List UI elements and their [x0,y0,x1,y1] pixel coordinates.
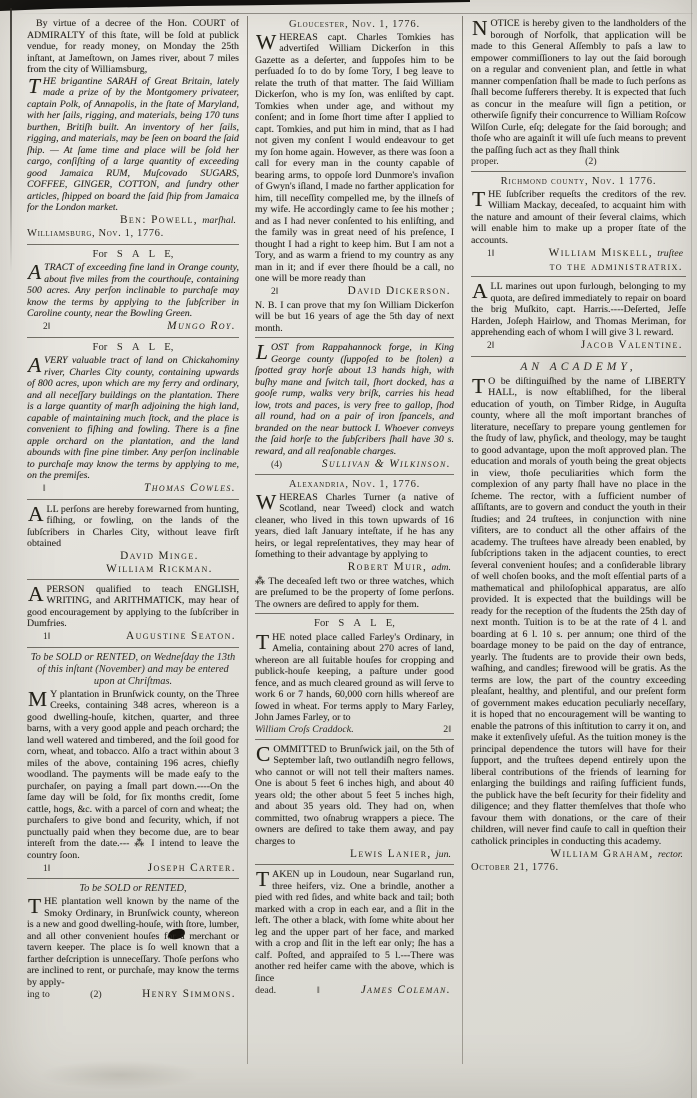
ad-body: THE plantation well known by the name of… [27,896,239,988]
ad-heading: To be SOLD or RENTED, on Wedneſday the 1… [27,652,239,688]
ad-body: WHEREAS Charles Turner (a native of Scot… [255,492,454,561]
article-divider [27,337,239,338]
ad-heading: For S A L E, [27,249,239,262]
drop-cap: A [27,584,47,604]
tally-marker: (2) [499,156,683,168]
ad-text: OST from Rappahannock forge, in King Geo… [255,342,454,457]
dateline: Richmond county, Nov. 1 1776. [471,176,686,189]
signature-name: William Graham, rector. [527,848,686,862]
signature-row: Lewis Lanier, jun. [255,848,454,862]
ad-brigantine-sarah-sale: By virtue of a decree of the Hon. COURT … [27,18,239,241]
signature-row: 2‖Jacob Valentine. [471,339,686,353]
ad-heading: For S A L E, [27,342,239,355]
article-divider [471,171,686,172]
ad-text: HE ſubſcriber requeſts the creditors of … [471,189,686,246]
signature-name: Augustine Seaton. [83,630,239,643]
signature-name: Ben: Powell, marſhal. [83,214,239,228]
signature-name: Jacob Valentine. [527,339,686,352]
drop-cap: A [27,262,44,282]
signature-name: Thomas Cowles. [83,482,239,495]
column-2: Gloucester, Nov. 1, 1776. WHEREAS capt. … [247,18,462,1084]
ad-chickahominy-tract: For S A L E, AVERY valuable tract of lan… [27,342,239,496]
ad-text: HE plantation well known by the name of … [27,896,239,988]
ad-body: ATRACT of exceeding fine land in Orange … [27,262,239,320]
tally-marker: 2‖ [27,321,83,334]
signature-name: David Minge. [83,550,239,563]
article-divider [27,579,239,580]
last-line-row: dead.‖James Coleman. [255,984,454,997]
torn-edge-decoration [0,0,470,11]
drop-cap: T [255,869,272,889]
drop-cap: C [255,744,273,764]
ad-body: LOST from Rappahannock forge, in King Ge… [255,342,454,457]
article-divider [27,499,239,500]
ad-body: TO be diſtinguiſhed by the name of LIBER… [471,376,686,848]
ad-text: HE noted place called Farley's Ordinary,… [255,632,454,724]
signature-text: Ben: Powell, [120,214,198,226]
signature-name: Mungo Roy. [83,320,239,333]
ad-text: LL perſons are hereby forewarned from hu… [27,504,239,550]
signature-name: James Coleman. [361,984,454,996]
ad-smoky-ordinary: To be SOLD or RENTED, THE plantation wel… [27,883,239,1001]
last-line-text: dead. [255,985,276,997]
drop-cap: T [471,189,488,209]
drop-cap: T [471,376,488,396]
ad-text: OTICE is hereby given to the landholders… [471,18,686,156]
ad-body: COMMITTED to Brunſwick jail, on the 5th … [255,744,454,848]
notice-liberty-hall-academy: AN ACADEMY, TO be diſtinguiſhed by the n… [471,361,686,875]
tally-marker: 2‖ [443,724,454,736]
notice-forewarned-hunting: ALL perſons are hereby forewarned from h… [27,504,239,576]
ad-heading: For S A L E, [255,618,454,631]
signature-name-line2: to the adminiſtratrix. [527,261,686,274]
ad-lead: By virtue of a decree of the Hon. COURT … [27,18,239,76]
article-divider [471,356,686,357]
ad-body: TAKEN up in Loudoun, near Sugarland run,… [255,869,454,984]
page-edge-line [691,0,692,1098]
signature-title: marſhal. [202,215,236,226]
tally-marker: (4) [255,459,311,472]
signature-row: (4)Sullivan & Wilkinson. [255,458,454,472]
ad-heading: To be SOLD or RENTED, [27,883,239,895]
ad-text: O be diſtinguiſhed by the name of LIBERT… [471,376,686,847]
signature-row: William Graham, rector. [471,848,686,862]
dateline: Gloucester, Nov. 1, 1776. [255,19,454,32]
letter-dickerson-gloucester: Gloucester, Nov. 1, 1776. WHEREAS capt. … [255,19,454,334]
signature-row: William Rickman. [27,563,239,576]
last-line-text: proper. [471,156,499,168]
signature-row: Robert Muir, adm. [255,561,454,575]
page-head-rule [14,13,693,14]
signature-title: adm. [432,562,451,573]
drop-cap: W [255,492,279,512]
ad-text: PERSON qualified to teach ENGLISH, WRITI… [27,584,239,630]
ad-body: ALL perſons are hereby forewarned from h… [27,504,239,550]
signature-row: 1‖William Miskell, truſtee [471,247,686,261]
article-divider [255,337,454,338]
drop-cap: A [471,281,491,301]
letter-text: HEREAS capt. Charles Tomkies has adverti… [255,32,454,285]
column-1: By virtue of a decree of the Hon. COURT … [27,18,247,1084]
drop-cap: M [27,689,50,709]
notice-norfolk-borough: NOTICE is hereby given to the landholder… [471,18,686,168]
article-divider [255,613,454,614]
article-divider [255,739,454,740]
ad-body: THE noted place called Farley's Ordinary… [255,632,454,724]
last-line-text: William Croſs Craddock. [255,724,354,736]
signature-title: rector. [658,849,683,860]
letter-body: WHEREAS capt. Charles Tomkies has advert… [255,32,454,285]
tally-marker: 1‖ [27,631,83,644]
ad-farleys-ordinary: For S A L E, THE noted place called Farl… [255,618,454,736]
tally-marker: (2) [50,989,142,1001]
newspaper-page: By virtue of a decree of the Hon. COURT … [0,0,697,1098]
ad-orange-county-land: For S A L E, ATRACT of exceeding fine la… [27,249,239,334]
signature-name: William Miskell, truſtee [527,247,686,261]
notice-committed-brunswick-jail: COMMITTED to Brunſwick jail, on the 5th … [255,744,454,862]
signature-name: Henry Simmons. [142,988,239,1000]
ad-body: THE ſubſcriber requeſts the creditors of… [471,189,686,247]
drop-cap: N [471,18,491,38]
drop-cap: T [27,76,43,96]
article-divider [27,647,239,648]
signature-name: William Rickman. [83,563,239,576]
dateline-bottom: October 21, 1776. [471,862,686,875]
notice-mackay-creditors: Richmond county, Nov. 1 1776. THE ſubſcr… [471,176,686,273]
signature-row: David Minge. [27,550,239,563]
tally-marker: ‖ [27,483,83,496]
article-divider [27,244,239,245]
ad-teacher-wanted: APERSON qualified to teach ENGLISH, WRIT… [27,584,239,644]
article-divider [471,276,686,277]
ad-body: NOTICE is hereby given to the landholder… [471,18,686,156]
ad-text: OMMITTED to Brunſwick jail, on the 5th o… [255,744,454,847]
drop-cap: A [27,504,47,524]
notice-taken-up-heifers: TAKEN up in Loudoun, near Sugarland run,… [255,869,454,997]
tally-marker: 2‖ [255,286,311,299]
article-divider [255,864,454,865]
last-line-row: proper.(2) [471,156,686,168]
ad-text: Y plantation in Brunſwick county, on the… [27,689,239,861]
signature-row: 2‖David Dickerson. [255,285,454,299]
drop-cap: T [255,632,272,652]
tally-marker: 2‖ [471,340,527,353]
signature-name: Robert Muir, adm. [311,561,454,575]
signature-text: Lewis Lanier, [350,848,432,860]
postscript: ⁂ The deceaſed left two or three watches… [255,576,454,611]
signature-name: David Dickerson. [311,285,454,298]
tally-marker: 1‖ [471,248,527,261]
postscript: N. B. I can prove that my ſon William Di… [255,300,454,335]
drop-cap: L [255,342,271,362]
ad-body: THE brigantine SARAH of Great Britain, l… [27,76,239,214]
drop-cap: T [27,896,44,916]
notice-marines-furlough: ALL marines out upon furlough, belonging… [471,281,686,353]
ad-body: ALL marines out upon furlough, belonging… [471,281,686,339]
ad-body: APERSON qualified to teach ENGLISH, WRIT… [27,584,239,630]
article-divider [255,474,454,475]
tally-marker: ‖ [276,985,361,997]
ad-brunswick-plantation: To be SOLD or RENTED, on Wedneſday the 1… [27,652,239,876]
signature-row: 1‖Augustine Seaton. [27,630,239,644]
ad-text: VERY valuable tract of land on Chickahom… [27,355,239,481]
signature-name: Lewis Lanier, jun. [311,848,454,862]
dateline-bottom: Williamsburg, Nov. 1, 1776. [27,228,239,241]
drop-cap: A [27,355,44,375]
ad-body: AVERY valuable tract of land on Chickaho… [27,355,239,482]
signature-row: 1‖Joseph Carter. [27,862,239,876]
signature-row: ‖Thomas Cowles. [27,482,239,496]
ad-text: HEREAS Charles Turner (a native of Scotl… [255,492,454,561]
signature-title: jun. [436,849,451,860]
signature-text: William Graham, [550,848,653,860]
last-line-row: William Croſs Craddock.2‖ [255,724,454,736]
ad-text: LL marines out upon furlough, belonging … [471,281,686,338]
fold-mark [10,8,12,273]
drop-cap: W [255,32,279,52]
last-line-text: ing to [27,989,50,1001]
ad-text: AKEN up in Loudoun, near Sugarland run, … [255,869,454,984]
dateline: Alexandria, Nov. 1, 1776. [255,479,454,492]
signature-row: 2‖Mungo Roy. [27,320,239,334]
column-3: NOTICE is hereby given to the landholder… [462,18,690,1084]
ad-heading: AN ACADEMY, [471,361,686,374]
article-divider [27,878,239,879]
signature-name: Sullivan & Wilkinson. [311,458,454,471]
ad-text: TRACT of exceeding fine land in Orange c… [27,262,239,319]
signature-row: Ben: Powell, marſhal. [27,214,239,228]
notice-charles-turner-estate: Alexandria, Nov. 1, 1776. WHEREAS Charle… [255,479,454,610]
ad-text: HE brigantine SARAH of Great Britain, la… [27,76,239,214]
ad-body: MY plantation in Brunſwick county, on th… [27,689,239,862]
signature-text: Robert Muir, [348,561,428,573]
signature-name: Joseph Carter. [83,862,239,875]
signature-row: to the adminiſtratrix. [471,261,686,274]
ad-lost-horse: LOST from Rappahannock forge, in King Ge… [255,342,454,471]
columns-container: By virtue of a decree of the Hon. COURT … [27,18,690,1084]
signature-title: truſtee [657,248,683,259]
last-line-row: ing to(2)Henry Simmons. [27,988,239,1001]
signature-text: William Miskell, [549,247,653,259]
tally-marker: 1‖ [27,863,83,876]
